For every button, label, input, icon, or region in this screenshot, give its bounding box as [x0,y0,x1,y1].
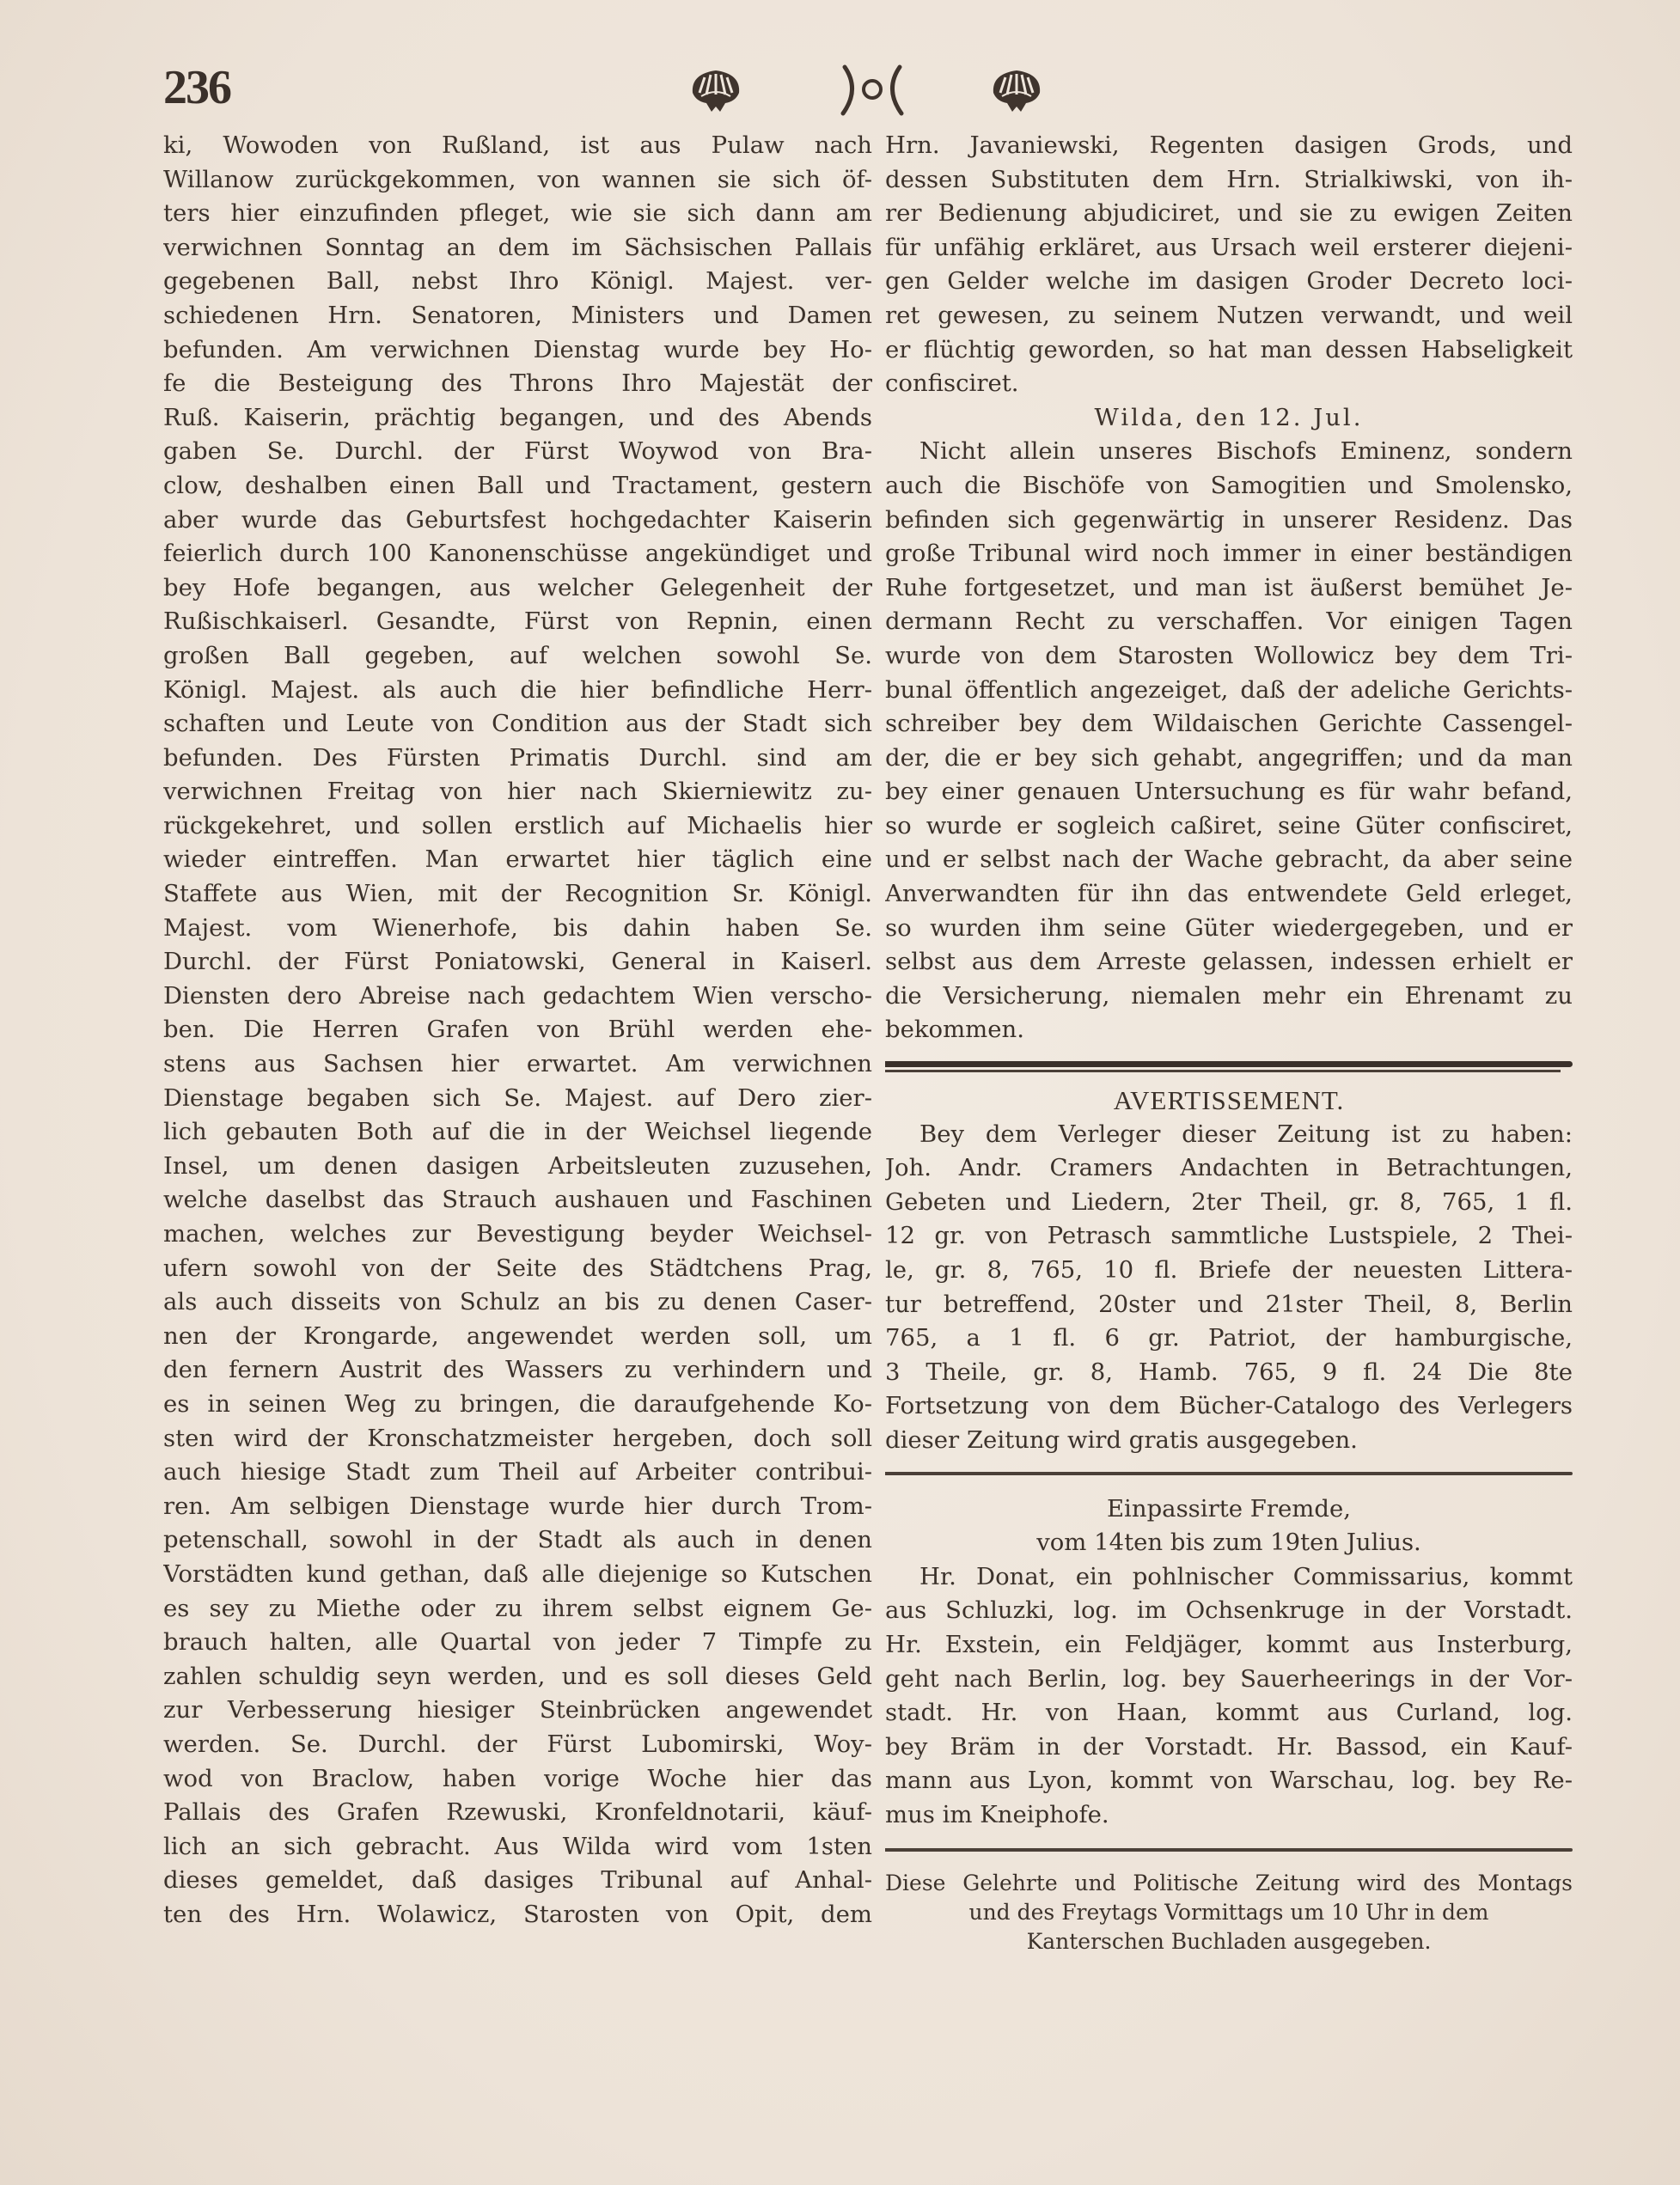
text-line: Diese Gelehrte und Politische Zeitung wi… [885,1869,1573,1898]
text-line: petenschall, sowohl in der Stadt als auc… [163,1523,872,1558]
text-line: Majest. vom Wienerhofe, bis dahin haben … [163,912,872,946]
text-line: ben. Die Herren Grafen von Brühl werden … [163,1013,872,1047]
text-line: befunden. Am verwichnen Dienstag wurde b… [163,333,872,368]
text-line: bunal öffentlich angezeiget, daß der ade… [885,674,1573,708]
text-line: fe die Besteigung des Throns Ihro Majest… [163,367,872,401]
text-line: Durchl. der Fürst Poniatowski, General i… [163,945,872,980]
text-line: ren. Am selbigen Dienstage wurde hier du… [163,1490,872,1524]
text-line: wurde von dem Starosten Wollowicz bey de… [885,639,1573,674]
text-line: sten wird der Kronschatzmeister hergeben… [163,1422,872,1456]
text-line: schreiber bey dem Wildaischen Gerichte C… [885,707,1573,742]
text-line: befunden. Des Fürsten Primatis Durchl. s… [163,742,872,776]
text-line: es sey zu Miethe oder zu ihrem selbst ei… [163,1592,872,1627]
text-line: wod von Braclow, haben vorige Woche hier… [163,1762,872,1797]
text-line: Ruß. Kaiserin, prächtig begangen, und de… [163,401,872,436]
text-line: die Versicherung, niemalen mehr ein Ehre… [885,980,1573,1014]
text-line: 765, a 1 fl. 6 gr. Patriot, der hamburgi… [885,1321,1573,1356]
text-line: Insel, um denen dasigen Arbeitsleuten zu… [163,1150,872,1184]
text-line: machen, welches zur Bevestigung beyder W… [163,1218,872,1252]
wilda-section: Wilda, den 12. Jul. Nicht allein unseres… [885,401,1573,1047]
text-line: Hr. Donat, ein pohlnischer Commissarius,… [885,1560,1573,1595]
text-line: Joh. Andr. Cramers Andachten in Betracht… [885,1151,1573,1186]
text-line: werden. Se. Durchl. der Fürst Lubomirski… [163,1728,872,1762]
text-line: aber wurde das Geburtsfest hochgedachter… [163,504,872,538]
text-line: ki, Wowoden von Rußland, ist aus Pulaw n… [163,129,872,163]
text-line: der, die er bey sich gehabt, angegriffen… [885,742,1573,776]
text-line: Anverwandten für ihn das entwendete Geld… [885,877,1573,912]
page-header: 236 [163,60,1581,129]
avertissement-title: AVERTISSEMENT. [885,1083,1573,1118]
fremde-subtitle: vom 14ten bis zum 19ten Julius. [885,1526,1573,1560]
right-column: Hrn. Javaniewski, Regenten dasigen Grods… [885,129,1573,1956]
section-divider [885,1848,1573,1852]
text-line: gaben Se. Durchl. der Fürst Woywod von B… [163,435,872,469]
text-line: Rußischkaiserl. Gesandte, Fürst von Repn… [163,605,872,639]
left-column: ki, Wowoden von Rußland, ist aus Pulaw n… [163,129,872,1932]
text-line: ret gewesen, zu seinem Nutzen verwandt, … [885,299,1573,333]
text-line: Vorstädten kund gethan, daß alle diejeni… [163,1558,872,1592]
text-line: Kanterschen Buchladen ausgegeben. [885,1927,1573,1956]
text-line: Fortsetzung von dem Bücher-Catalogo des … [885,1389,1573,1424]
shell-ornament-icon [988,67,1045,115]
text-line: bey Bräm in der Vorstadt. Hr. Bassod, ei… [885,1730,1573,1765]
text-line: dieser Zeitung wird gratis ausgegeben. [885,1424,1573,1458]
text-line: so wurde er sogleich caßiret, seine Güte… [885,809,1573,844]
text-line: Pallais des Grafen Rzewuski, Kronfeldnot… [163,1796,872,1830]
text-line: Gebeten und Liedern, 2ter Theil, gr. 8, … [885,1186,1573,1220]
warsaw-continuation: Hrn. Javaniewski, Regenten dasigen Grods… [885,129,1573,401]
center-ornament-icon [838,64,907,117]
text-line: und des Freytags Vormittags um 10 Uhr in… [885,1898,1573,1927]
text-line: le, gr. 8, 765, 10 fl. Briefe der neuest… [885,1254,1573,1288]
text-line: zahlen schuldig seyn werden, und es soll… [163,1660,872,1694]
text-line: stens aus Sachsen hier erwartet. Am verw… [163,1047,872,1082]
text-line: confisciret. [885,367,1573,401]
newspaper-page: 236 ki, Wowoden von Rußland, i [0,0,1680,2185]
text-line: ten des Hrn. Wolawicz, Starosten von Opi… [163,1898,872,1932]
page-number: 236 [163,60,230,115]
text-line: er flüchtig geworden, so hat man dessen … [885,333,1573,368]
text-line: dieses gemeldet, daß dasiges Tribunal au… [163,1864,872,1898]
text-line: Staffete aus Wien, mit der Recognition S… [163,877,872,912]
text-line: gen Gelder welche im dasigen Groder Decr… [885,265,1573,299]
text-line: feierlich durch 100 Kanonenschüsse angek… [163,537,872,571]
avertissement-section: AVERTISSEMENT. Bey dem Verleger dieser Z… [885,1083,1573,1458]
text-line: Ruhe fortgesetzet, und man ist äußerst b… [885,571,1573,606]
text-line: stadt. Hr. von Haan, kommt aus Curland, … [885,1696,1573,1730]
text-line: es in seinen Weg zu bringen, die daraufg… [163,1388,872,1422]
text-line: den fernern Austrit des Wassers zu verhi… [163,1353,872,1388]
text-line: befinden sich gegenwärtig in unserer Res… [885,504,1573,538]
text-line: selbst aus dem Arreste gelassen, indesse… [885,945,1573,980]
fremde-section: Einpassirte Fremde, vom 14ten bis zum 19… [885,1492,1573,1833]
text-line: ters hier einzufinden pfleget, wie sie s… [163,197,872,231]
text-line: dessen Substituten dem Hrn. Strialkiwski… [885,163,1573,198]
text-line: Hrn. Javaniewski, Regenten dasigen Grods… [885,129,1573,163]
text-line: brauch halten, alle Quartal von jeder 7 … [163,1626,872,1660]
text-line: so wurden ihm seine Güter wiedergegeben,… [885,912,1573,946]
text-line: verwichnen Sonntag an dem im Sächsischen… [163,231,872,265]
text-line: bey Hofe begangen, aus welcher Gelegenhe… [163,571,872,606]
text-line: schaften und Leute von Condition aus der… [163,707,872,742]
text-line: verwichnen Freitag von hier nach Skierni… [163,775,872,809]
text-line: bekommen. [885,1013,1573,1047]
publication-note: Diese Gelehrte und Politische Zeitung wi… [885,1869,1573,1956]
section-divider [885,1059,1573,1075]
text-line: lich gebauten Both auf die in der Weichs… [163,1115,872,1150]
text-line: rückgekehret, und sollen erstlich auf Mi… [163,809,872,844]
fremde-title: Einpassirte Fremde, [885,1492,1573,1527]
text-line: 3 Theile, gr. 8, Hamb. 765, 9 fl. 24 Die… [885,1356,1573,1390]
text-line: Nicht allein unseres Bischofs Eminenz, s… [885,435,1573,469]
text-line: tur betreffend, 20ster und 21ster Theil,… [885,1288,1573,1322]
text-line: für unfähig erkläret, aus Ursach weil er… [885,231,1573,265]
text-line: dermann Recht zu verschaffen. Vor einige… [885,605,1573,639]
text-line: ufern sowohl von der Seite des Städtchen… [163,1252,872,1286]
text-line: auch hiesige Stadt zum Theil auf Arbeite… [163,1456,872,1490]
text-line: großen Ball gegeben, auf welchen sowohl … [163,639,872,674]
text-line: große Tribunal wird noch immer in einer … [885,537,1573,571]
text-line: Königl. Majest. als auch die hier befind… [163,674,872,708]
text-line: welche daselbst das Strauch aushauen und… [163,1183,872,1218]
text-line: gegebenen Ball, nebst Ihro Königl. Majes… [163,265,872,299]
text-line: Bey dem Verleger dieser Zeitung ist zu h… [885,1118,1573,1152]
text-line: geht nach Berlin, log. bey Sauerheerings… [885,1663,1573,1697]
text-line: mus im Kneiphofe. [885,1798,1573,1833]
text-line: bey einer genauen Untersuchung es für wa… [885,775,1573,809]
text-line: mann aus Lyon, kommt von Warschau, log. … [885,1764,1573,1798]
text-line: lich an sich gebracht. Aus Wilda wird vo… [163,1830,872,1865]
text-line: Diensten dero Abreise nach gedachtem Wie… [163,980,872,1014]
section-divider [885,1472,1573,1475]
text-line: aus Schluzki, log. im Ochsenkruge in der… [885,1594,1573,1628]
text-line: rer Bedienung abjudiciret, und sie zu ew… [885,197,1573,231]
text-line: und er selbst nach der Wache gebracht, d… [885,843,1573,877]
text-line: 12 gr. von Petrasch sammtliche Lustspiel… [885,1219,1573,1254]
text-line: wieder eintreffen. Man erwartet hier täg… [163,843,872,877]
dateline: Wilda, den 12. Jul. [885,401,1573,436]
text-line: Dienstage begaben sich Se. Majest. auf D… [163,1082,872,1116]
text-line: zur Verbesserung hiesiger Steinbrücken a… [163,1694,872,1728]
text-line: nen der Krongarde, angewendet werden sol… [163,1320,872,1354]
text-line: Willanow zurückgekommen, von wannen sie … [163,163,872,198]
shell-ornament-icon [687,67,744,115]
text-line: clow, deshalben einen Ball und Tractamen… [163,469,872,504]
text-line: auch die Bischöfe von Samogitien und Smo… [885,469,1573,504]
text-line: als auch disseits von Schulz an bis zu d… [163,1285,872,1320]
text-line: schiedenen Hrn. Senatoren, Ministers und… [163,299,872,333]
text-line: Hr. Exstein, ein Feldjäger, kommt aus In… [885,1628,1573,1663]
